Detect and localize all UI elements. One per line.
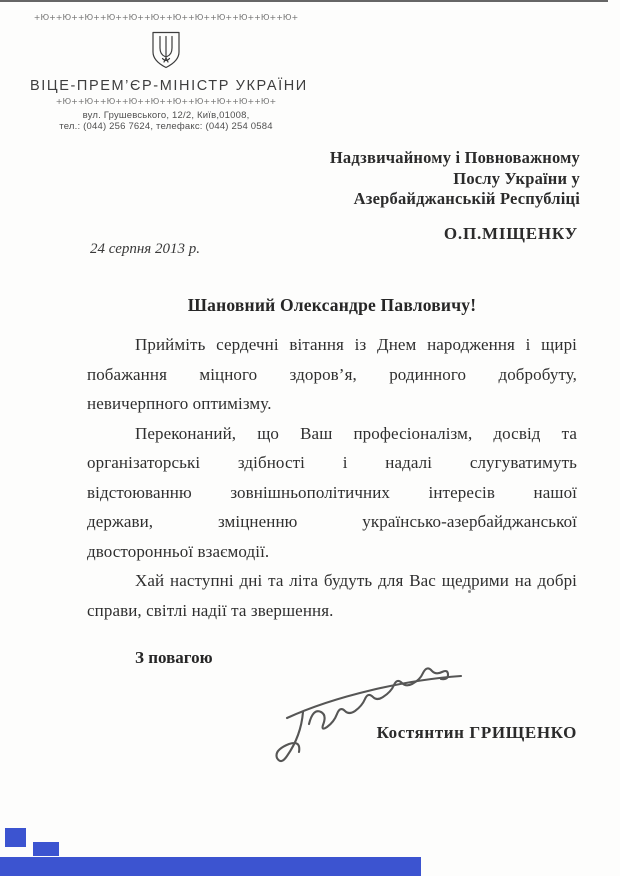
paragraph-line: невичерпного оптимізму. [87, 389, 577, 419]
paragraph-1: Прийміть сердечні вітання із Днем народж… [87, 330, 577, 419]
scan-edge-line [0, 0, 608, 2]
letter-date: 24 серпня 2013 р. [90, 241, 200, 258]
ornament-rule-top: +Ю++Ю++Ю++Ю++Ю++Ю++Ю++Ю++Ю++Ю++Ю++Ю+ [30, 13, 302, 22]
signer-name: Костянтин ГРИЩЕНКО [377, 723, 577, 743]
address-line-1: вул. Грушевського, 12/2, Київ,01008, [30, 110, 302, 121]
scanned-letter-page: +Ю++Ю++Ю++Ю++Ю++Ю++Ю++Ю++Ю++Ю++Ю++Ю+ ВІЦ… [0, 0, 620, 876]
address-line-2: тел.: (044) 256 7624, телефакс: (044) 25… [30, 121, 302, 132]
paragraph-line: Прийміть сердечні вітання із Днем народж… [87, 330, 577, 360]
letter-body: Шановний Олександре Павловичу! Прийміть … [87, 290, 577, 668]
letterhead-title: ВІЦЕ-ПРЕМ’ЄР-МІНІСТР УКРАЇНИ [30, 78, 302, 94]
paragraph-line: двосторонньої взаємодії. [87, 537, 577, 567]
scan-artifact-blue-bar [0, 857, 421, 876]
paragraph-line: Хай наступні дні та літа будуть для Вас … [87, 566, 577, 596]
letterhead: +Ю++Ю++Ю++Ю++Ю++Ю++Ю++Ю++Ю++Ю++Ю++Ю+ ВІЦ… [30, 10, 302, 132]
paragraph-line: відстоюванню зовнішньополітичних інтерес… [87, 478, 577, 508]
letterhead-address: вул. Грушевського, 12/2, Київ,01008, тел… [30, 110, 302, 132]
recipient-line-3: Азербайджанській Республіці [240, 189, 580, 210]
salutation: Шановний Олександре Павловичу! [87, 290, 577, 320]
handwritten-signature [275, 660, 475, 777]
ornament-rule-bottom: +Ю++Ю++Ю++Ю++Ю++Ю++Ю++Ю++Ю++Ю+ [30, 97, 302, 106]
recipient-block: Надзвичайному і Повноважному Послу Украї… [240, 148, 580, 210]
recipient-name: О.П.МІЩЕНКУ [444, 224, 578, 244]
recipient-line-1: Надзвичайному і Повноважному [240, 148, 580, 169]
scan-speck [468, 590, 471, 593]
paragraph-line: побажання міцного здоров’я, родинного до… [87, 360, 577, 390]
recipient-line-2: Послу України у [240, 169, 580, 190]
paragraph-line: справи, світлі надії та звершення. [87, 596, 577, 626]
paragraph-line: держави, зміцненню українсько-азербайджа… [87, 507, 577, 537]
paragraph-line: організаторські здібності і надалі слугу… [87, 448, 577, 478]
paragraph-line: Переконаний, що Ваш професіоналізм, досв… [87, 419, 577, 449]
paragraph-2: Переконаний, що Ваш професіоналізм, досв… [87, 419, 577, 567]
scan-artifact-blue-square-2 [33, 842, 59, 856]
scan-artifact-blue-square-1 [5, 828, 26, 847]
paragraph-3: Хай наступні дні та літа будуть для Вас … [87, 566, 577, 625]
ukraine-trident-emblem-icon [30, 31, 302, 69]
